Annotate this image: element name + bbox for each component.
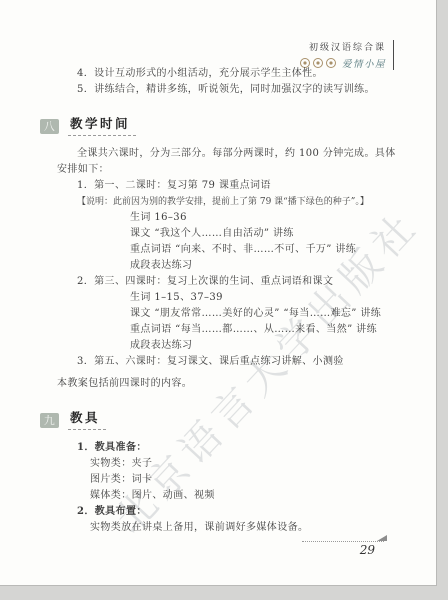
- list-item: 2．教具布置：: [77, 504, 398, 520]
- plan-line: 课文 “我这个人……自由活动” 讲练: [130, 226, 398, 242]
- list-item: 1．第一、二课时：复习第 79 课重点词语: [77, 178, 398, 194]
- course-title: 初级汉语综合课: [300, 40, 386, 53]
- plan-line: 课文 “朋友常常……美好的心灵” “每当……难忘” 讲练: [130, 306, 398, 322]
- list-item: 4．设计互动形式的小组活动，充分展示学生主体性。: [77, 66, 398, 82]
- dotted-leader-line: [302, 541, 384, 542]
- scanned-page: 北京语言大学出版社 初级汉语综合课 爱情小屋 4．设计互动形式的小组活动，充分展…: [0, 0, 437, 586]
- section-number-badge: 八: [40, 119, 59, 134]
- plan-line: 成段表达练习: [130, 338, 398, 354]
- page-footer: 29: [302, 541, 384, 557]
- plan-line: 生词 16–36: [130, 210, 398, 226]
- plan-line: 生词 1–15、37–39: [130, 290, 398, 306]
- triangle-ornament-icon: [377, 535, 387, 541]
- page-number: 29: [302, 543, 384, 557]
- paragraph: 全课共六课时，分为三部分。每部分两课时，约 100 分钟完成。具体安排如下：: [57, 146, 398, 178]
- list-item: 3．第五、六课时：复习课文、课后重点练习讲解、小测验: [77, 354, 398, 370]
- tool-line: 媒体类：图片、动画、视频: [90, 488, 398, 504]
- tool-line: 实物类放在讲桌上备用，课前调好多媒体设备。: [90, 520, 398, 536]
- section-header-teaching-aids: 九 教具: [40, 410, 398, 430]
- plan-line: 重点词语 “向来、不时、非……不可、千万” 讲练: [130, 242, 398, 258]
- paragraph: 本教案包括前四课时的内容。: [57, 376, 398, 392]
- scan-edge-bottom: [0, 586, 448, 600]
- list-item: 1．教具准备：: [77, 440, 398, 456]
- list-item: 2．第三、四课时：复习上次课的生词、重点词语和课文: [77, 274, 398, 290]
- note-line: 【说明：此前因为别的教学安排，提前上了第 79 课“播下绿色的种子”。】: [77, 194, 398, 210]
- section-header-teaching-time: 八 教学时间: [40, 116, 398, 136]
- section-number-badge: 九: [40, 413, 59, 428]
- tool-line: 图片类：词卡: [90, 472, 398, 488]
- plan-line: 成段表达练习: [130, 258, 398, 274]
- section-title: 教具: [68, 410, 106, 430]
- plan-line: 重点词语 “每当……都……、从……来看、当然” 讲练: [130, 322, 398, 338]
- page-body: 4．设计互动形式的小组活动，充分展示学生主体性。 5．讲练结合，精讲多练，听说领…: [57, 66, 398, 536]
- section-title: 教学时间: [68, 116, 136, 136]
- tool-line: 实物类：夹子: [90, 456, 398, 472]
- list-item: 5．讲练结合，精讲多练，听说领先，同时加强汉字的读写训练。: [77, 82, 398, 98]
- scan-edge-right: [437, 0, 448, 600]
